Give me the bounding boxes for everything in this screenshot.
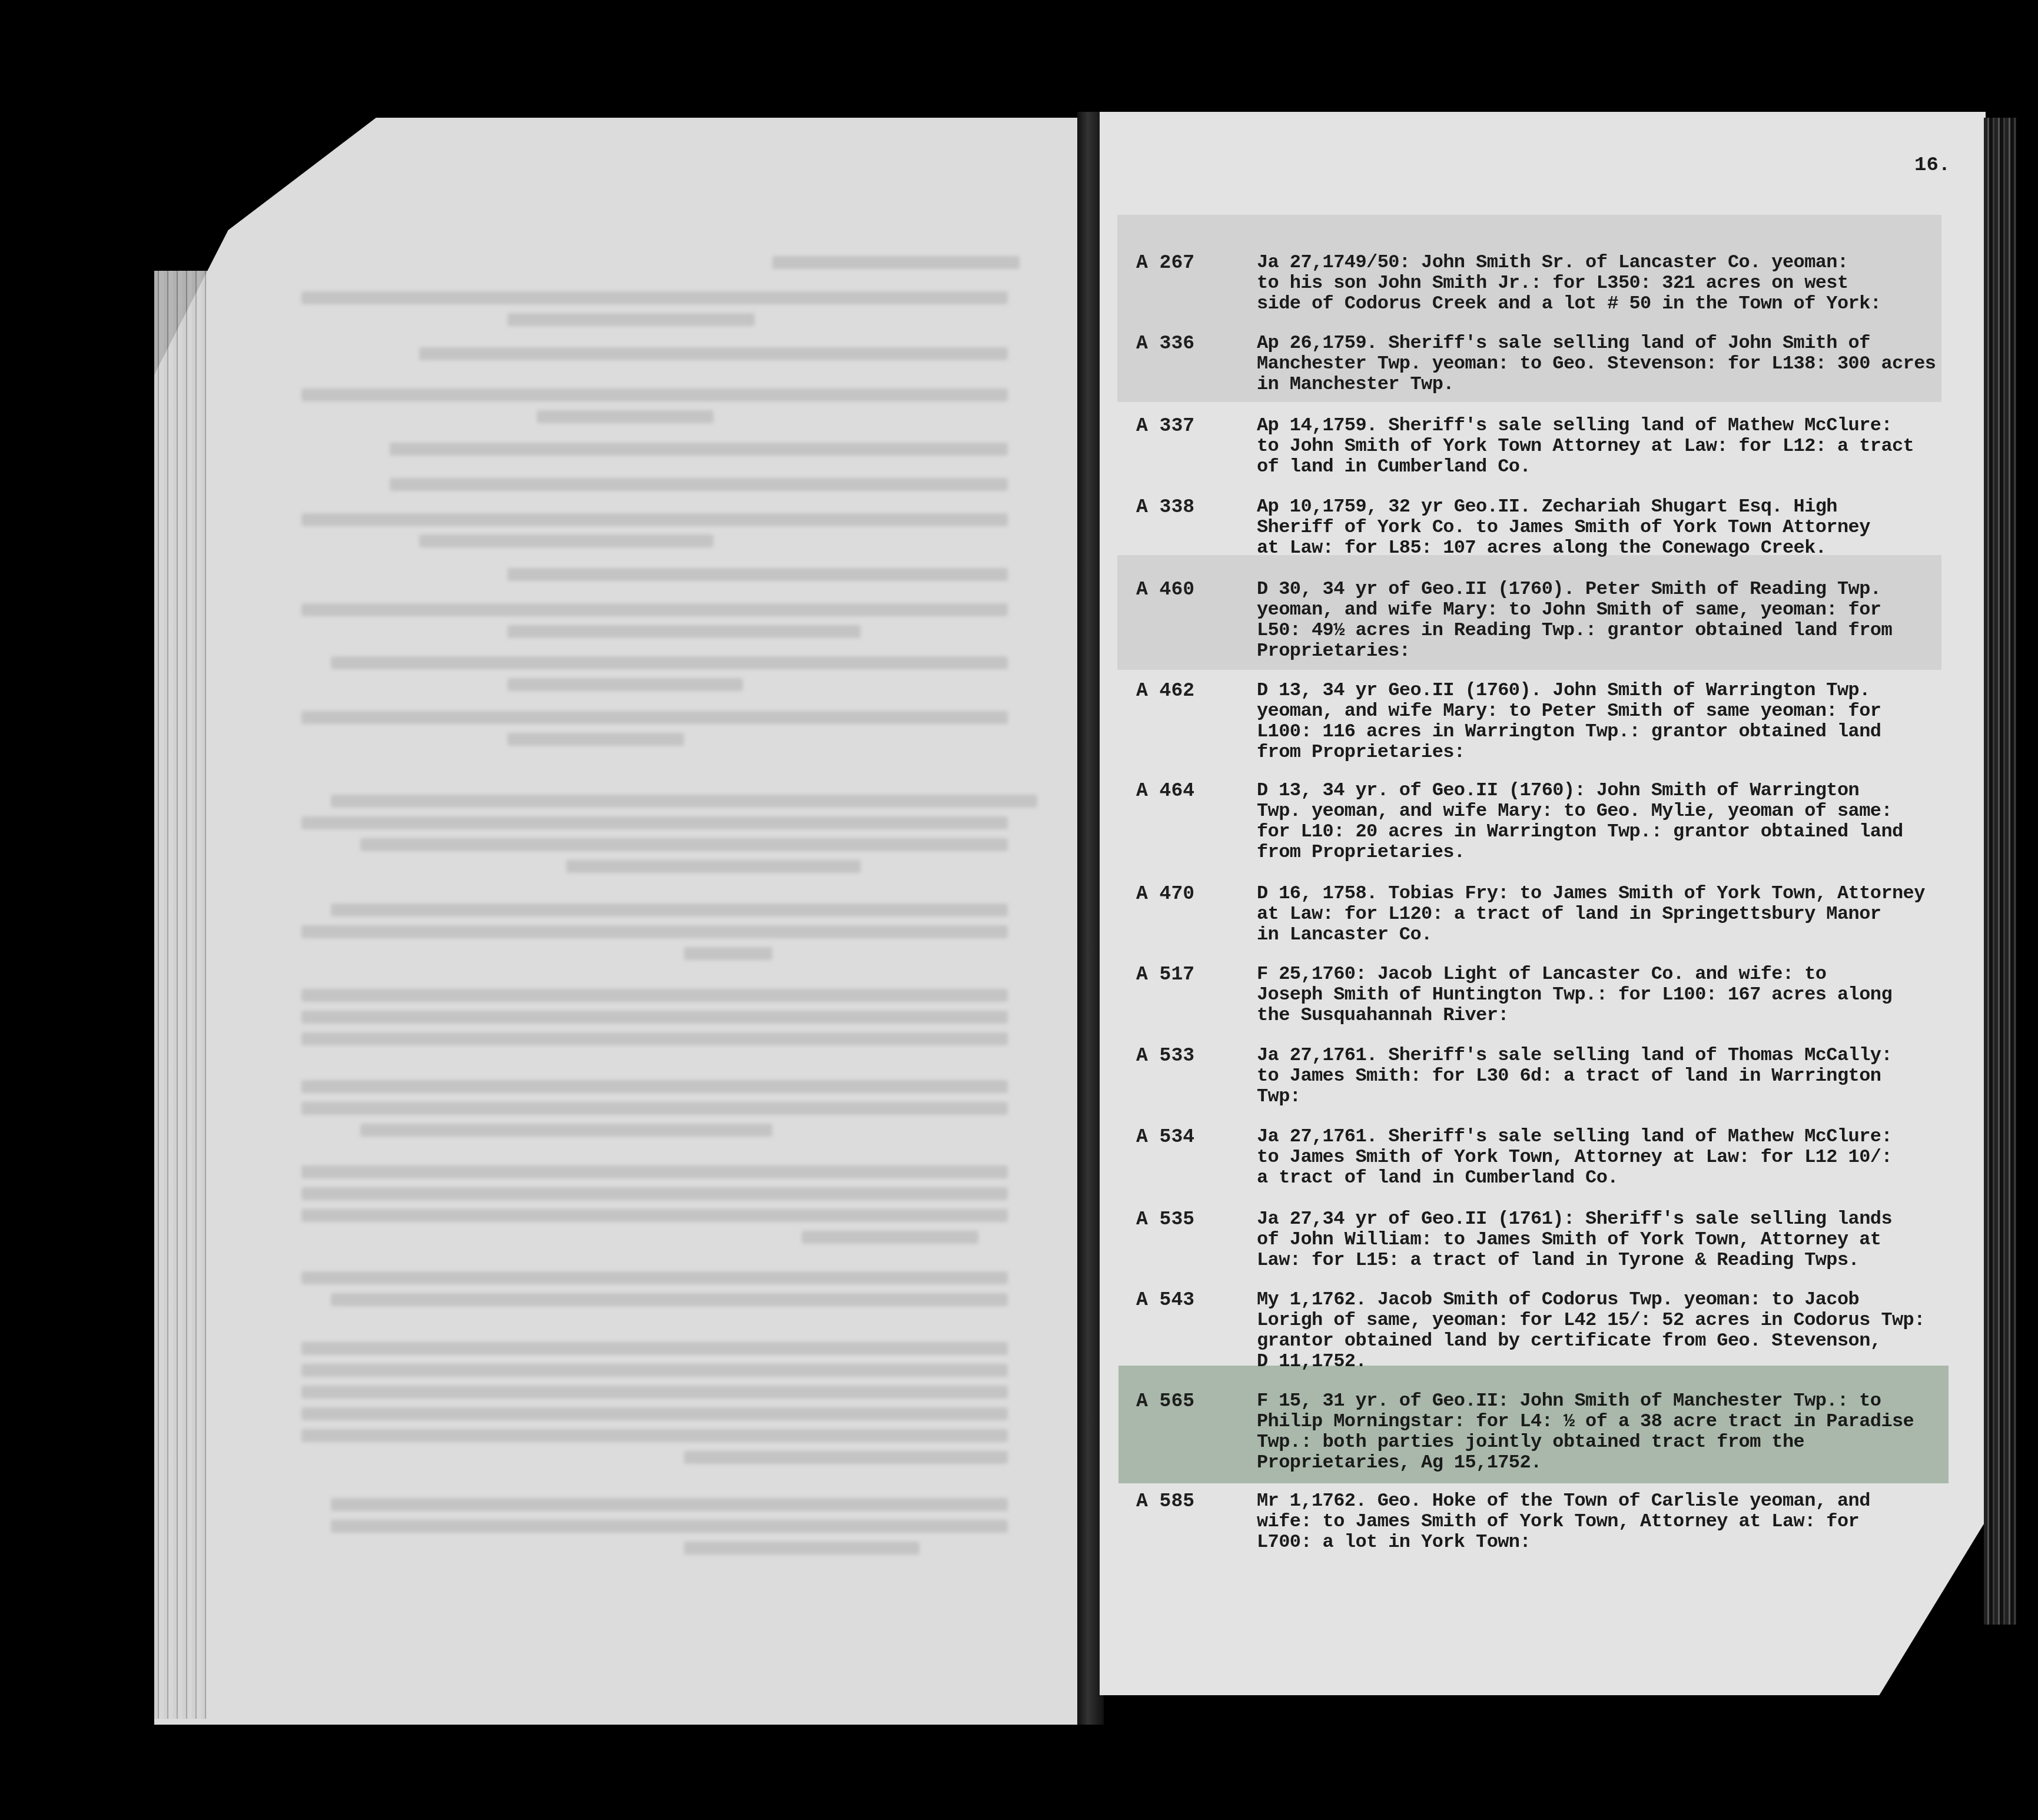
entry-id: A 464 bbox=[1136, 780, 1194, 802]
right-page-edges bbox=[1984, 118, 2016, 1625]
entry-text: F 15, 31 yr. of Geo.II: John Smith of Ma… bbox=[1257, 1390, 1934, 1473]
entry-text: D 13, 34 yr Geo.II (1760). John Smith of… bbox=[1257, 680, 1934, 762]
left-page-bleedthrough bbox=[154, 118, 1078, 1725]
entry-text: My 1,1762. Jacob Smith of Codorus Twp. y… bbox=[1257, 1289, 1934, 1371]
entry-id: A 460 bbox=[1136, 579, 1194, 600]
entry-id: A 543 bbox=[1136, 1289, 1194, 1311]
entry-text: Mr 1,1762. Geo. Hoke of the Town of Carl… bbox=[1257, 1490, 1934, 1552]
entry-id: A 517 bbox=[1136, 964, 1194, 985]
entry-id: A 267 bbox=[1136, 252, 1194, 274]
entry-text: Ap 26,1759. Sheriff's sale selling land … bbox=[1257, 333, 1934, 394]
entry-id: A 337 bbox=[1136, 415, 1194, 437]
entry-text: Ja 27,34 yr of Geo.II (1761): Sheriff's … bbox=[1257, 1208, 1934, 1270]
entry-id: A 534 bbox=[1136, 1126, 1194, 1148]
entry-id: A 470 bbox=[1136, 883, 1194, 905]
entry-id: A 462 bbox=[1136, 680, 1194, 702]
left-page bbox=[154, 118, 1078, 1725]
page-number: 16. bbox=[1914, 154, 1950, 177]
entry-text: Ap 14,1759. Sheriff's sale selling land … bbox=[1257, 415, 1934, 477]
entry-text: Ja 27,1749/50: John Smith Sr. of Lancast… bbox=[1257, 252, 1934, 314]
entry-text: Ap 10,1759, 32 yr Geo.II. Zechariah Shug… bbox=[1257, 496, 1934, 558]
left-page-edges bbox=[154, 271, 207, 1719]
entry-text: D 13, 34 yr. of Geo.II (1760): John Smit… bbox=[1257, 780, 1934, 862]
entry-text: F 25,1760: Jacob Light of Lancaster Co. … bbox=[1257, 964, 1934, 1025]
entry-text: D 30, 34 yr of Geo.II (1760). Peter Smit… bbox=[1257, 579, 1934, 661]
entry-text: Ja 27,1761. Sheriff's sale selling land … bbox=[1257, 1045, 1934, 1107]
entry-id: A 338 bbox=[1136, 496, 1194, 518]
entry-id: A 533 bbox=[1136, 1045, 1194, 1067]
entry-text: Ja 27,1761. Sheriff's sale selling land … bbox=[1257, 1126, 1934, 1188]
entry-text: D 16, 1758. Tobias Fry: to James Smith o… bbox=[1257, 883, 1934, 945]
entry-id: A 535 bbox=[1136, 1208, 1194, 1230]
entry-id: A 585 bbox=[1136, 1490, 1194, 1512]
entry-id: A 565 bbox=[1136, 1390, 1194, 1412]
entry-id: A 336 bbox=[1136, 333, 1194, 354]
